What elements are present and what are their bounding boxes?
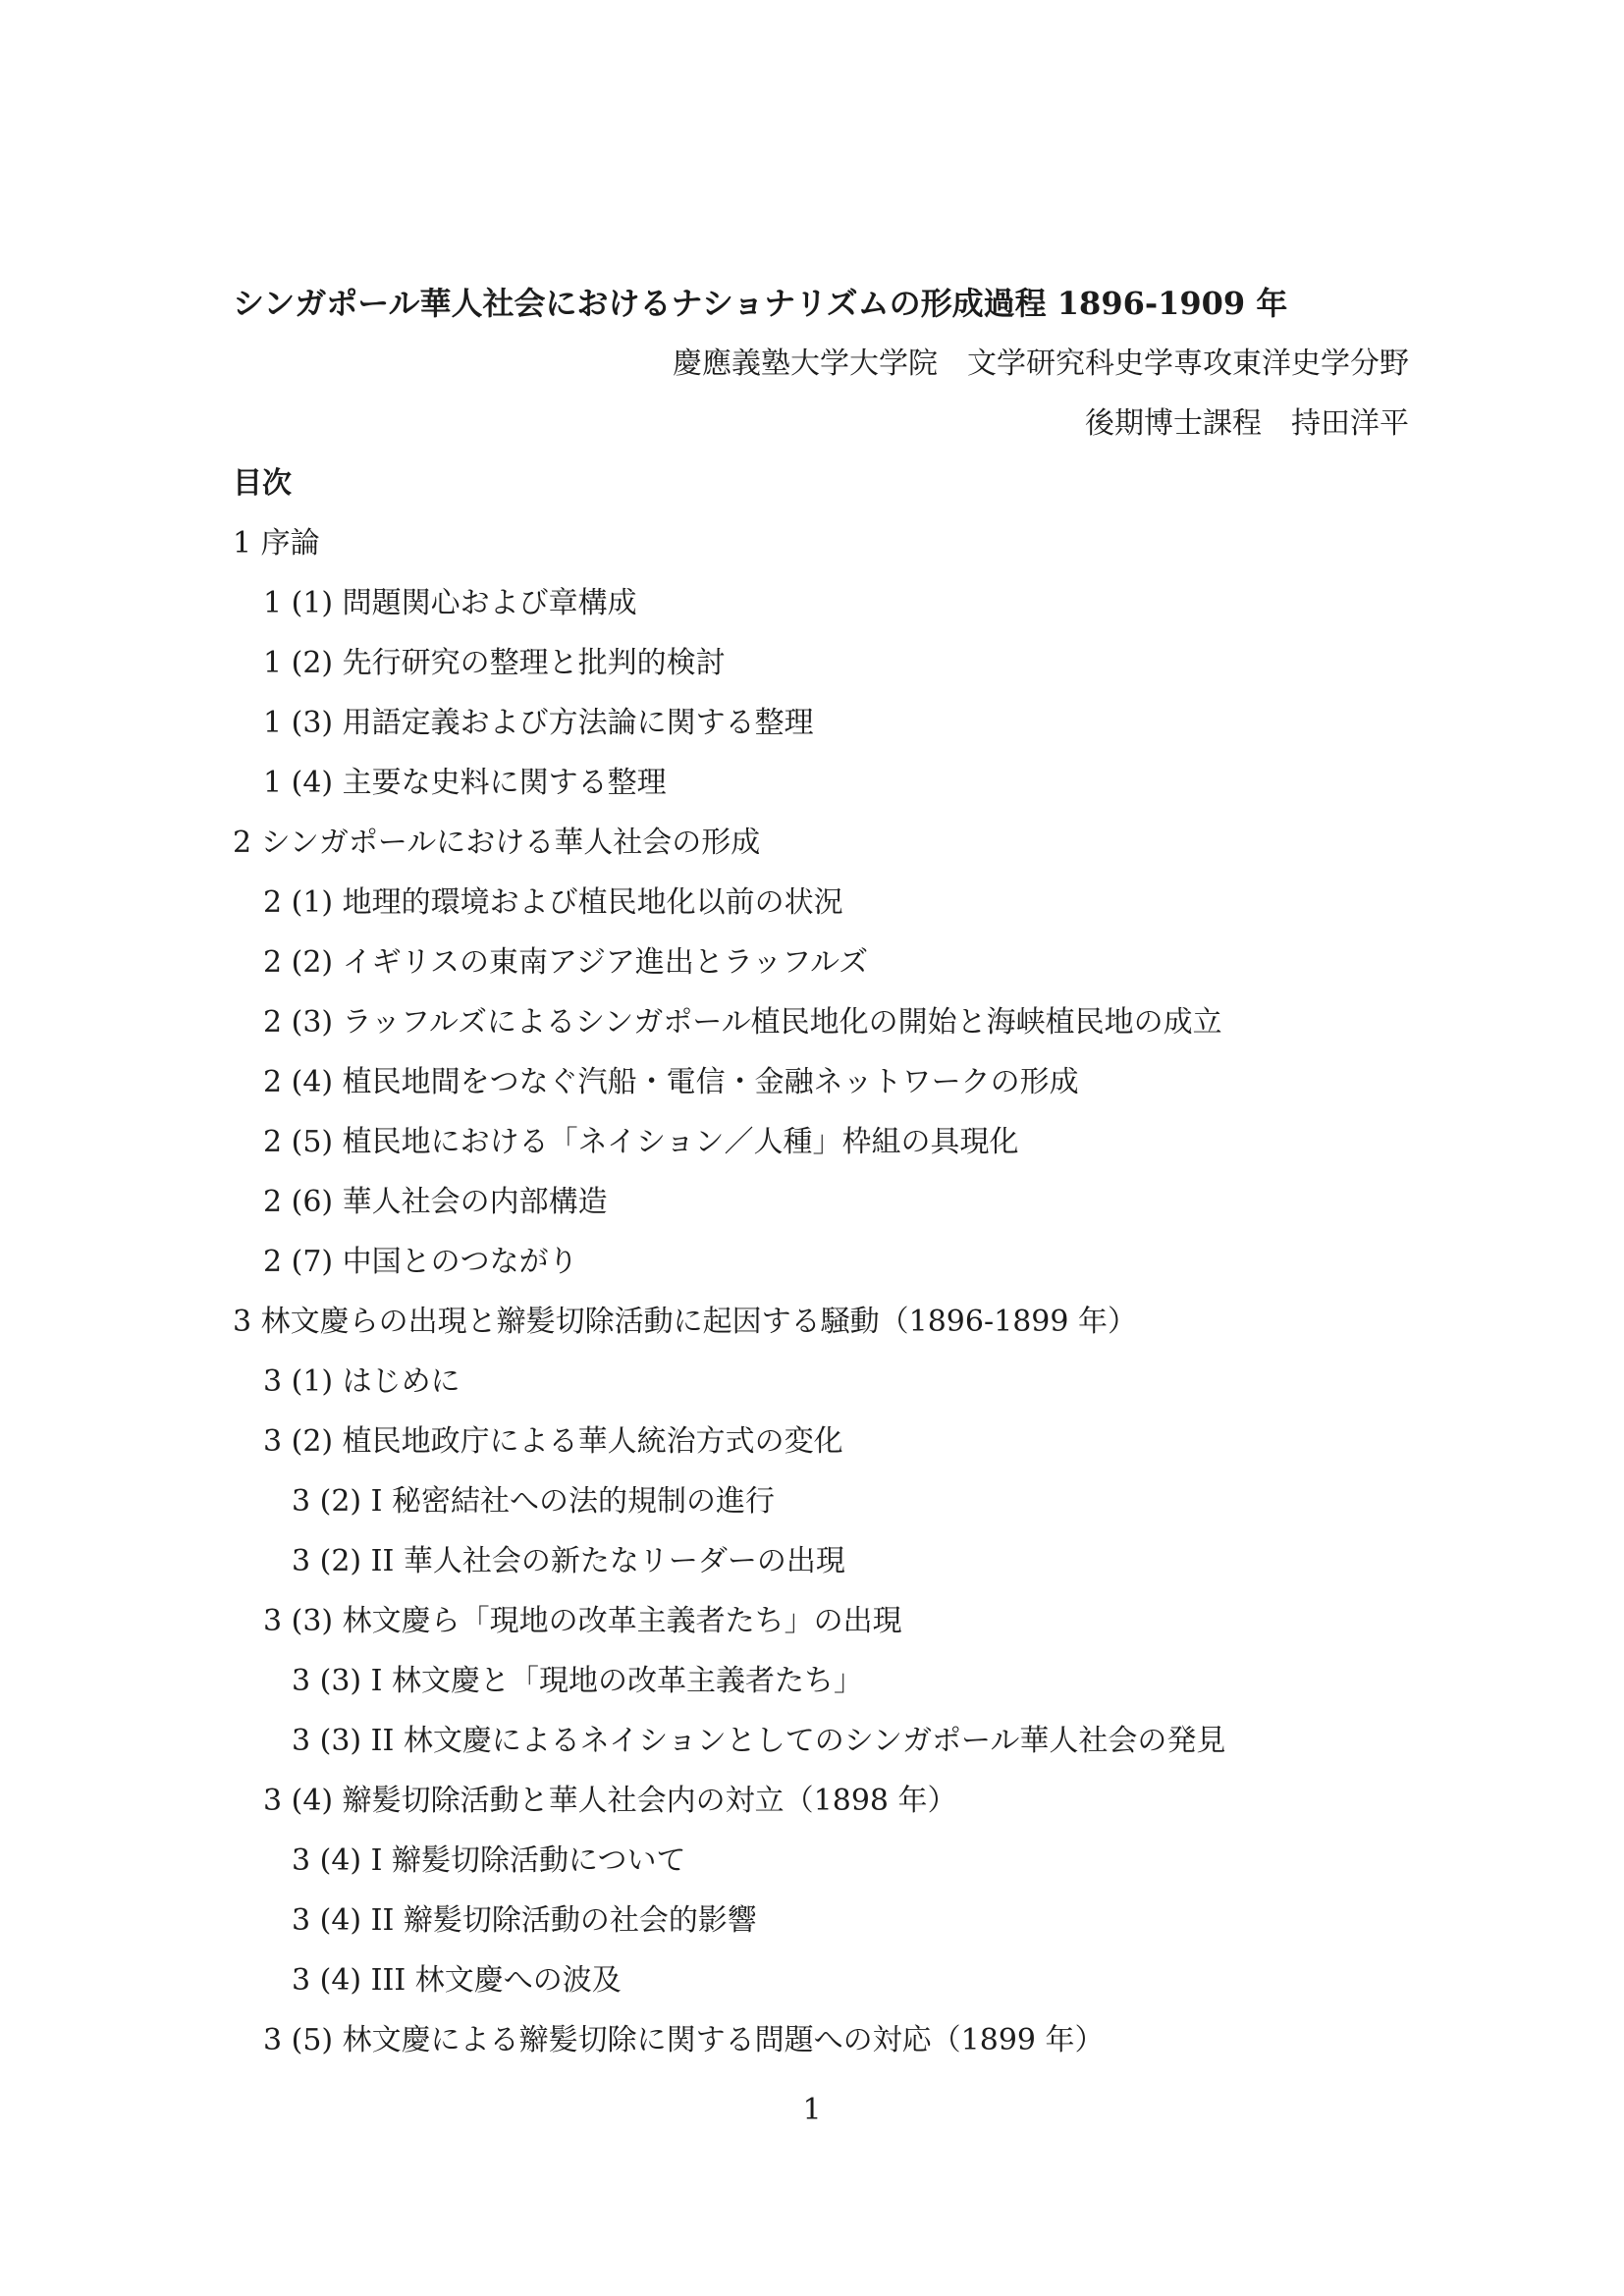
toc-item: 2 (2) イギリスの東南アジア進出とラッフルズ	[233, 933, 1409, 992]
toc-item: 3 (4) III 林文慶への波及	[233, 1950, 1409, 2010]
page-number: 1	[0, 2080, 1624, 2140]
toc-item: 2 (6) 華人社会の内部構造	[233, 1172, 1409, 1232]
toc-item: 2 (4) 植民地間をつなぐ汽船・電信・金融ネットワークの形成	[233, 1052, 1409, 1112]
document-content: シンガポール華人社会におけるナショナリズムの形成過程 1896-1909 年 慶…	[233, 274, 1409, 2070]
toc-item: 3 (1) はじめに	[233, 1352, 1409, 1412]
toc-item: 1 (1) 問題関心および章構成	[233, 573, 1409, 633]
toc-item: 3 (3) II 林文慶によるネイションとしてのシンガポール華人社会の発見	[233, 1711, 1409, 1771]
toc-item: 2 (3) ラッフルズによるシンガポール植民地化の開始と海峡植民地の成立	[233, 992, 1409, 1052]
toc-item: 3 (4) II 辮髪切除活動の社会的影響	[233, 1891, 1409, 1950]
toc-item: 3 (2) I 秘密結社への法的規制の進行	[233, 1471, 1409, 1531]
toc-item: 3 (3) I 林文慶と「現地の改革主義者たち」	[233, 1651, 1409, 1711]
toc-item: 3 (2) II 華人社会の新たなリーダーの出現	[233, 1531, 1409, 1591]
toc-list: 1 序論1 (1) 問題関心および章構成1 (2) 先行研究の整理と批判的検討1…	[233, 513, 1409, 2070]
toc-item: 2 (1) 地理的環境および植民地化以前の状況	[233, 873, 1409, 933]
toc-item: 2 シンガポールにおける華人社会の形成	[233, 813, 1409, 873]
toc-item: 1 序論	[233, 513, 1409, 573]
document-title: シンガポール華人社会におけるナショナリズムの形成過程 1896-1909 年	[233, 274, 1409, 334]
affiliation-line: 慶應義塾大学大学院 文学研究科史学専攻東洋史学分野	[233, 334, 1409, 394]
toc-item: 3 (4) 辮髪切除活動と華人社会内の対立（1898 年）	[233, 1771, 1409, 1831]
toc-item: 2 (5) 植民地における「ネイション／人種」枠組の具現化	[233, 1112, 1409, 1172]
document-page: シンガポール華人社会におけるナショナリズムの形成過程 1896-1909 年 慶…	[0, 0, 1624, 2296]
toc-item: 1 (2) 先行研究の整理と批判的検討	[233, 633, 1409, 693]
toc-item: 1 (3) 用語定義および方法論に関する整理	[233, 693, 1409, 753]
toc-heading: 目次	[233, 454, 1409, 513]
toc-item: 3 (2) 植民地政庁による華人統治方式の変化	[233, 1412, 1409, 1471]
toc-item: 3 林文慶らの出現と辮髪切除活動に起因する騒動（1896-1899 年）	[233, 1292, 1409, 1352]
toc-item: 3 (3) 林文慶ら「現地の改革主義者たち」の出現	[233, 1591, 1409, 1651]
toc-item: 3 (4) I 辮髪切除活動について	[233, 1831, 1409, 1891]
author-line: 後期博士課程 持田洋平	[233, 394, 1409, 454]
toc-item: 2 (7) 中国とのつながり	[233, 1232, 1409, 1292]
toc-item: 1 (4) 主要な史料に関する整理	[233, 753, 1409, 813]
toc-item: 3 (5) 林文慶による辮髪切除に関する問題への対応（1899 年）	[233, 2010, 1409, 2070]
